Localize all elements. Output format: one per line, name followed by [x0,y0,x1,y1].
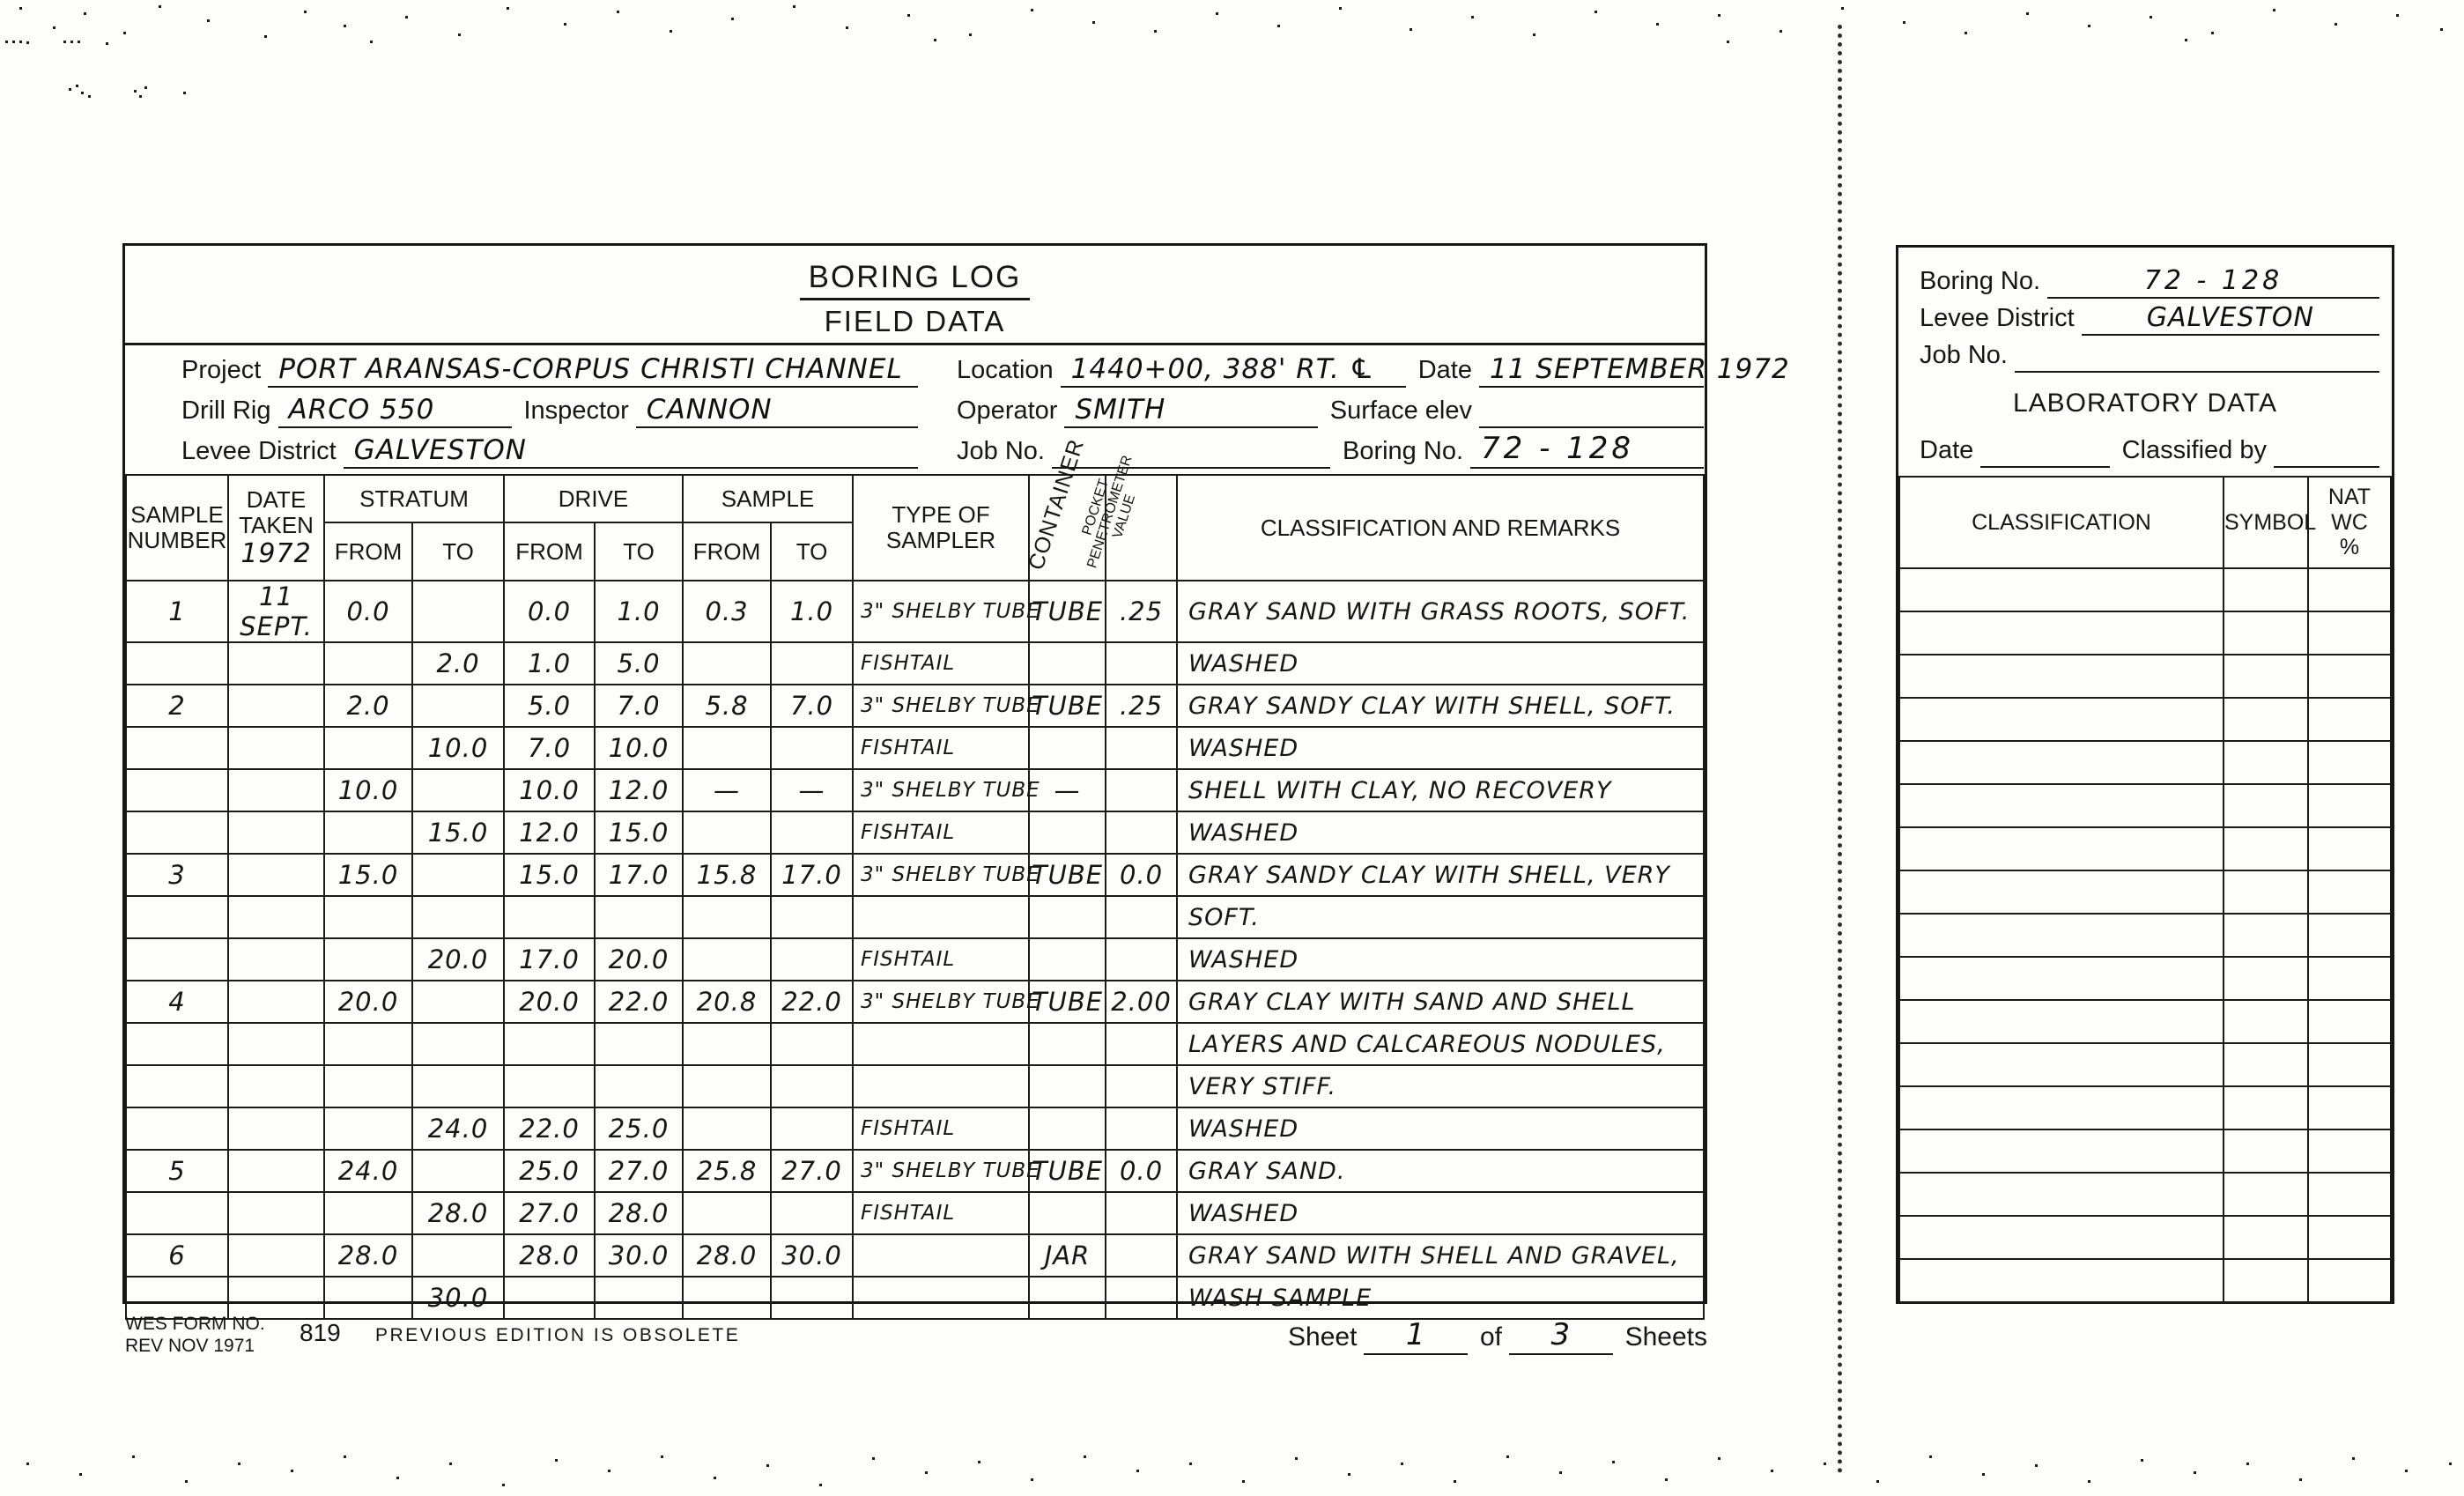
boring-no-line: 72 - 128 [1470,430,1704,469]
drill-rig-label: Drill Rig [181,396,271,428]
cell-stratum-from: 10.0 [324,769,412,811]
header-drive: DRIVE [504,475,683,522]
cell-penetrometer: .25 [1106,581,1177,642]
of-label: of [1480,1322,1502,1355]
header-sample-to: TO [771,522,853,581]
form-id-note: WES FORM NO. REV NOV 1971 [125,1313,265,1357]
cell-sample-number [126,938,228,981]
cell-sample-to: 17.0 [771,854,853,896]
table-row: 10.0 10.0 12.0 — — 3" SHELBY TUBE — SHEL… [126,769,1704,811]
cell-sample-to [771,727,853,769]
lab-job-no-label: Job No. [1920,341,2008,373]
cell-penetrometer: 2.00 [1106,981,1177,1023]
perforation-dotted-line [1838,25,1842,1474]
cell-stratum-from: 24.0 [324,1150,412,1192]
cell-penetrometer [1106,1234,1177,1277]
lab-cell-symbol [2224,1043,2308,1086]
cell-drive-from: 10.0 [504,769,595,811]
cell-sample-from: 5.8 [683,685,771,727]
location-label: Location [957,356,1054,388]
table-row: 30.0 WASH SAMPLE [126,1277,1704,1319]
cell-drive-to: 27.0 [595,1150,683,1192]
cell-remarks: WASHED [1177,727,1704,769]
cell-sample-from [683,811,771,854]
lab-cell-symbol [2224,741,2308,784]
cell-sample-number: 4 [126,981,228,1023]
cell-date: 11 SEPT. [228,581,324,642]
cell-penetrometer: 0.0 [1106,854,1177,896]
header-stratum-to: TO [412,522,504,581]
sheets-label: Sheets [1625,1322,1707,1355]
cell-remarks: SHELL WITH CLAY, NO RECOVERY [1177,769,1704,811]
cell-container [1029,1107,1106,1150]
lab-cell-nat-wc [2308,1129,2391,1173]
cell-penetrometer [1106,642,1177,685]
lab-cell-classification [1899,784,2224,827]
cell-sample-from [683,1192,771,1234]
lab-cell-classification [1899,827,2224,870]
cell-stratum-from: 28.0 [324,1234,412,1277]
cell-drive-to: 5.0 [595,642,683,685]
boring-no-value: 72 - 128 [1481,431,1634,466]
cell-remarks: WASHED [1177,1192,1704,1234]
lab-cell-nat-wc [2308,698,2391,741]
cell-drive-from: 15.0 [504,854,595,896]
cell-sample-to: 22.0 [771,981,853,1023]
cell-drive-to: 10.0 [595,727,683,769]
lab-cell-nat-wc [2308,611,2391,655]
cell-sample-from [683,1023,771,1065]
lab-date-label: Date [1920,436,1973,468]
cell-remarks: GRAY CLAY WITH SAND AND SHELL [1177,981,1704,1023]
laboratory-data-panel: Boring No. 72 - 128 Levee District GALVE… [1896,245,2394,1304]
cell-stratum-to: 30.0 [412,1277,504,1319]
scan-noise-bottom [0,0,3,3]
cell-sampler: 3" SHELBY TUBE [853,581,1029,642]
lab-cell-nat-wc [2308,957,2391,1000]
cell-penetrometer [1106,811,1177,854]
cell-stratum-from [324,938,412,981]
lab-table-row [1899,827,2391,870]
lab-cell-classification [1899,1043,2224,1086]
cell-container [1029,896,1106,938]
lab-cell-symbol [2224,914,2308,957]
cell-remarks: GRAY SANDY CLAY WITH SHELL, VERY [1177,854,1704,896]
lab-table-row [1899,1259,2391,1302]
lab-cell-nat-wc [2308,784,2391,827]
levee-district-field: Levee District GALVESTON [181,430,918,469]
cell-drive-from: 7.0 [504,727,595,769]
project-line: PORT ARANSAS-CORPUS CHRISTI CHANNEL [268,349,918,388]
cell-stratum-to: 10.0 [412,727,504,769]
cell-drive-from [504,896,595,938]
cell-sample-to [771,1023,853,1065]
lab-cell-nat-wc [2308,1259,2391,1302]
cell-sampler: 3" SHELBY TUBE [853,854,1029,896]
cell-date [228,896,324,938]
cell-sample-from [683,896,771,938]
table-row: 4 20.0 20.0 22.0 20.8 22.0 3" SHELBY TUB… [126,981,1704,1023]
cell-sample-from [683,642,771,685]
cell-date [228,811,324,854]
lab-levee-district-line: GALVESTON [2082,297,2379,336]
date-value: 11 SEPTEMBER 1972 [1490,353,1790,385]
cell-penetrometer [1106,896,1177,938]
header-sample: SAMPLE [683,475,853,522]
cell-drive-from: 22.0 [504,1107,595,1150]
lab-cell-symbol [2224,568,2308,611]
cell-remarks: LAYERS AND CALCAREOUS NODULES, [1177,1023,1704,1065]
cell-date [228,769,324,811]
lab-cell-classification [1899,957,2224,1000]
cell-stratum-from: 20.0 [324,981,412,1023]
cell-container [1029,1192,1106,1234]
lab-boring-no-field: Boring No. 72 - 128 [1920,260,2379,299]
header-drive-to: TO [595,522,683,581]
location-value: 1440+00, 388' RT. ℄ [1071,353,1375,385]
cell-stratum-from [324,1107,412,1150]
cell-remarks: WASHED [1177,938,1704,981]
cell-container [1029,1277,1106,1319]
lab-cell-symbol [2224,1129,2308,1173]
header-date-taken-label: DATE TAKEN [239,486,314,538]
cell-stratum-to [412,1150,504,1192]
cell-stratum-to [412,1065,504,1107]
cell-date [228,1107,324,1150]
cell-container: TUBE [1029,854,1106,896]
header-pocket-penetrometer: POCKET PENETROMETER VALUE [1106,475,1177,581]
cell-sample-number [126,896,228,938]
table-row: LAYERS AND CALCAREOUS NODULES, [126,1023,1704,1065]
table-row: 15.0 12.0 15.0 FISHTAIL WASHED [126,811,1704,854]
lab-table-row [1899,741,2391,784]
cell-date [228,938,324,981]
cell-sample-number [126,727,228,769]
header-date-taken: DATE TAKEN1972 [228,475,324,581]
project-label: Project [181,356,261,388]
header-sample-from: FROM [683,522,771,581]
lab-table-row [1899,1043,2391,1086]
cell-remarks: WASHED [1177,642,1704,685]
lab-cell-classification [1899,655,2224,698]
cell-stratum-to: 20.0 [412,938,504,981]
cell-stratum-to [412,981,504,1023]
cell-stratum-to [412,1234,504,1277]
cell-stratum-from [324,1023,412,1065]
cell-sampler: 3" SHELBY TUBE [853,769,1029,811]
cell-penetrometer [1106,769,1177,811]
lab-cell-nat-wc [2308,741,2391,784]
lab-cell-classification [1899,1000,2224,1043]
operator-line: SMITH [1064,389,1317,428]
lab-table-row [1899,1216,2391,1259]
location-date-fields: Location 1440+00, 388' RT. ℄ Date 11 SEP… [957,349,1704,388]
lab-cell-symbol [2224,611,2308,655]
job-no-line [1052,430,1330,469]
lab-data-table: CLASSIFICATION SYMBOL NAT WC % [1898,476,2392,1303]
sheet-total-value: 3 [1509,1317,1613,1352]
cell-sample-to [771,1277,853,1319]
header-classification-remarks: CLASSIFICATION AND REMARKS [1177,475,1704,581]
lab-cell-symbol [2224,827,2308,870]
cell-date [228,1023,324,1065]
table-row: VERY STIFF. [126,1065,1704,1107]
lab-cell-classification [1899,1216,2224,1259]
cell-stratum-to [412,685,504,727]
cell-date [228,1192,324,1234]
cell-sampler: FISHTAIL [853,938,1029,981]
obsolete-note: PREVIOUS EDITION IS OBSOLETE [375,1325,740,1346]
lab-levee-district-field: Levee District GALVESTON [1920,297,2379,336]
lab-boring-no-value: 72 - 128 [2047,265,2379,296]
cell-drive-from: 12.0 [504,811,595,854]
cell-remarks: GRAY SANDY CLAY WITH SHELL, SOFT. [1177,685,1704,727]
lab-cell-nat-wc [2308,827,2391,870]
cell-sample-from: 0.3 [683,581,771,642]
form-info-block: Project PORT ARANSAS-CORPUS CHRISTI CHAN… [125,345,1705,474]
cell-drive-from: 20.0 [504,981,595,1023]
table-row: 6 28.0 28.0 30.0 28.0 30.0 JAR GRAY SAND… [126,1234,1704,1277]
cell-drive-from [504,1277,595,1319]
sheet-label: Sheet [1288,1322,1357,1355]
cell-sampler: 3" SHELBY TUBE [853,1150,1029,1192]
cell-drive-to: 15.0 [595,811,683,854]
cell-sampler [853,1023,1029,1065]
lab-cell-nat-wc [2308,1000,2391,1043]
field-data-table: SAMPLE NUMBER DATE TAKEN1972 STRATUM DRI… [125,474,1705,1320]
lab-table-row [1899,957,2391,1000]
lab-cell-classification [1899,611,2224,655]
lab-header-classification: CLASSIFICATION [1899,477,2224,568]
cell-stratum-from [324,1065,412,1107]
cell-sample-from: 28.0 [683,1234,771,1277]
lab-cell-symbol [2224,957,2308,1000]
cell-date [228,642,324,685]
lab-cell-classification [1899,741,2224,784]
cell-stratum-from: 2.0 [324,685,412,727]
date-line: 11 SEPTEMBER 1972 [1479,349,1704,388]
project-field: Project PORT ARANSAS-CORPUS CHRISTI CHAN… [181,349,918,388]
cell-penetrometer [1106,1023,1177,1065]
cell-sample-from [683,938,771,981]
lab-cell-nat-wc [2308,1216,2391,1259]
cell-sample-to [771,1065,853,1107]
date-label: Date [1418,356,1472,388]
cell-sample-to: 7.0 [771,685,853,727]
header-date-taken-year: 1972 [229,539,323,568]
lab-cell-symbol [2224,655,2308,698]
lab-table-row [1899,784,2391,827]
cell-drive-to: 28.0 [595,1192,683,1234]
lab-cell-symbol [2224,784,2308,827]
lab-cell-symbol [2224,1216,2308,1259]
cell-date [228,854,324,896]
lab-cell-classification [1899,1086,2224,1129]
cell-remarks: GRAY SAND. [1177,1150,1704,1192]
cell-container [1029,1023,1106,1065]
inspector-line: CANNON [636,389,918,428]
cell-date [228,685,324,727]
lab-cell-classification [1899,1173,2224,1216]
cell-stratum-from [324,1277,412,1319]
cell-sample-from: 25.8 [683,1150,771,1192]
lab-cell-nat-wc [2308,914,2391,957]
lab-header-symbol: SYMBOL [2224,477,2308,568]
cell-penetrometer: .25 [1106,685,1177,727]
cell-sample-to [771,896,853,938]
header-stratum: STRATUM [324,475,504,522]
cell-sampler: FISHTAIL [853,1192,1029,1234]
cell-sampler: 3" SHELBY TUBE [853,685,1029,727]
cell-drive-from [504,1023,595,1065]
cell-date [228,1065,324,1107]
operator-label: Operator [957,396,1057,428]
cell-drive-from: 0.0 [504,581,595,642]
drillrig-inspector-fields: Drill Rig ARCO 550 Inspector CANNON [181,389,918,428]
cell-sample-from [683,1065,771,1107]
cell-container: TUBE [1029,685,1106,727]
cell-drive-from: 25.0 [504,1150,595,1192]
cell-sample-number: 6 [126,1234,228,1277]
cell-remarks: GRAY SAND WITH SHELL AND GRAVEL, [1177,1234,1704,1277]
cell-stratum-to [412,896,504,938]
cell-sample-number [126,1192,228,1234]
cell-drive-to [595,1023,683,1065]
cell-sampler [853,1065,1029,1107]
inspector-value: CANNON [647,394,773,426]
lab-table-row [1899,1173,2391,1216]
lab-date-classified-fields: Date Classified by [1920,429,2379,468]
cell-container: TUBE [1029,1150,1106,1192]
lab-table-row [1899,1129,2391,1173]
cell-penetrometer [1106,1277,1177,1319]
cell-sampler [853,1234,1029,1277]
cell-sampler: FISHTAIL [853,811,1029,854]
lab-boring-no-label: Boring No. [1920,267,2040,299]
cell-sample-from [683,1107,771,1150]
cell-penetrometer: 0.0 [1106,1150,1177,1192]
cell-container: TUBE [1029,581,1106,642]
sheet-counter: Sheet 1 of 3 Sheets [1288,1315,1707,1355]
cell-date [228,1234,324,1277]
lab-job-no-line [2015,334,2379,373]
form-subtitle: FIELD DATA [125,305,1705,338]
cell-drive-to: 7.0 [595,685,683,727]
cell-stratum-to [412,769,504,811]
cell-stratum-to [412,581,504,642]
lab-table-row [1899,611,2391,655]
cell-sample-to [771,1107,853,1150]
cell-sample-number: 5 [126,1150,228,1192]
cell-date [228,1150,324,1192]
cell-stratum-from [324,811,412,854]
cell-drive-to: 12.0 [595,769,683,811]
table-row: 3 15.0 15.0 17.0 15.8 17.0 3" SHELBY TUB… [126,854,1704,896]
table-row: 24.0 22.0 25.0 FISHTAIL WASHED [126,1107,1704,1150]
location-line: 1440+00, 388' RT. ℄ [1061,349,1406,388]
boring-no-label: Boring No. [1343,437,1463,469]
table-row: 20.0 17.0 20.0 FISHTAIL WASHED [126,938,1704,981]
cell-drive-from: 27.0 [504,1192,595,1234]
cell-penetrometer [1106,1192,1177,1234]
cell-remarks: WASHED [1177,1107,1704,1150]
cell-sampler: FISHTAIL [853,1107,1029,1150]
cell-sample-number [126,642,228,685]
drill-rig-value: ARCO 550 [289,394,435,426]
table-row: 2 2.0 5.0 7.0 5.8 7.0 3" SHELBY TUBE TUB… [126,685,1704,727]
lab-cell-symbol [2224,1000,2308,1043]
lab-table-row [1899,870,2391,914]
surface-elev-line [1479,389,1704,428]
boring-log-form: BORING LOG FIELD DATA Project PORT ARANS… [122,243,1707,1304]
cell-sample-to: — [771,769,853,811]
cell-container [1029,1065,1106,1107]
cell-container: TUBE [1029,981,1106,1023]
cell-sampler: 3" SHELBY TUBE [853,981,1029,1023]
lab-table-row [1899,1086,2391,1129]
cell-stratum-from: 15.0 [324,854,412,896]
lab-table-row [1899,655,2391,698]
cell-stratum-from [324,896,412,938]
job-no-label: Job No. [957,437,1045,469]
cell-sample-to: 27.0 [771,1150,853,1192]
header-drive-from: FROM [504,522,595,581]
cell-sample-number [126,1065,228,1107]
lab-levee-district-value: GALVESTON [2082,302,2379,333]
cell-stratum-to [412,854,504,896]
cell-container [1029,938,1106,981]
cell-sample-number [126,1107,228,1150]
cell-sample-from [683,1277,771,1319]
cell-stratum-to [412,1023,504,1065]
cell-sample-from: 20.8 [683,981,771,1023]
header-stratum-from: FROM [324,522,412,581]
table-row: SOFT. [126,896,1704,938]
levee-district-value: GALVESTON [354,434,527,466]
lab-table-row [1899,1000,2391,1043]
lab-cell-symbol [2224,698,2308,741]
header-sample-number: SAMPLE NUMBER [126,475,228,581]
cell-sample-to [771,938,853,981]
table-row: 2.0 1.0 5.0 FISHTAIL WASHED [126,642,1704,685]
lab-cell-nat-wc [2308,568,2391,611]
lab-table-row [1899,568,2391,611]
cell-sample-number: 2 [126,685,228,727]
cell-drive-to: 30.0 [595,1234,683,1277]
cell-sample-number: 3 [126,854,228,896]
cell-sample-to [771,811,853,854]
lab-table-body [1899,568,2391,1302]
lab-cell-classification [1899,568,2224,611]
cell-drive-to: 20.0 [595,938,683,981]
lab-cell-classification [1899,698,2224,741]
cell-stratum-from [324,1192,412,1234]
lab-cell-symbol [2224,1173,2308,1216]
table-row: 5 24.0 25.0 27.0 25.8 27.0 3" SHELBY TUB… [126,1150,1704,1192]
cell-sample-from: — [683,769,771,811]
cell-penetrometer [1106,1107,1177,1150]
table-row: 1 11 SEPT. 0.0 0.0 1.0 0.3 1.0 3" SHELBY… [126,581,1704,642]
surface-elev-label: Surface elev [1330,396,1472,428]
cell-drive-from [504,1065,595,1107]
cell-drive-to: 25.0 [595,1107,683,1150]
levee-district-line: GALVESTON [344,430,918,469]
lab-cell-classification [1899,870,2224,914]
cell-container: — [1029,769,1106,811]
lab-cell-nat-wc [2308,655,2391,698]
scanned-boring-log-page: BORING LOG FIELD DATA Project PORT ARANS… [0,0,2464,1496]
lab-boring-no-line: 72 - 128 [2047,260,2379,299]
